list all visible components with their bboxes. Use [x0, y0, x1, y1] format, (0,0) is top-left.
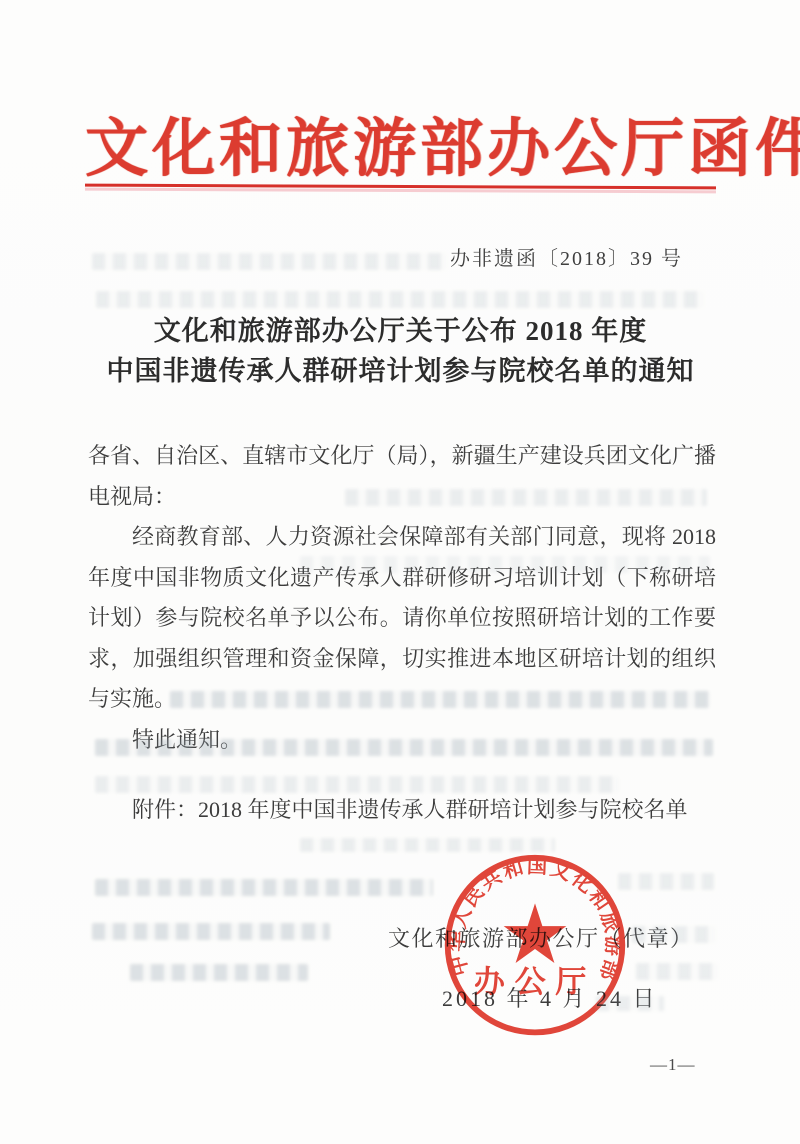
attachment-line: 附件：2018 年度中国非遗传承人群研培计划参与院校名单: [88, 793, 716, 824]
bleed-through-text: [300, 838, 555, 852]
bleed-through-text: [95, 776, 620, 793]
document-number: 办非遗函〔2018〕39 号: [450, 242, 683, 271]
notice-title-line1: 文化和旅游部办公厅关于公布 2018 年度: [154, 316, 648, 346]
bleed-through-text: [345, 489, 707, 506]
page-number: —1—: [650, 1055, 696, 1075]
bleed-through-text: [300, 556, 710, 573]
bleed-through-text: [636, 963, 718, 980]
bleed-through-text: [618, 873, 714, 890]
bleed-through-text: [92, 253, 447, 270]
scanned-letter-page: 文化和旅游部办公厅函件 办非遗函〔2018〕39 号 文化和旅游部办公厅关于公布…: [0, 0, 800, 1144]
bleed-through-text: [130, 964, 308, 981]
bleed-through-text: [596, 996, 664, 1011]
bleed-through-text: [170, 691, 710, 708]
official-seal: 中华人民共和国文化和旅游部 办公厅: [436, 851, 634, 1045]
bleed-through-text: [95, 739, 713, 756]
body-paragraph: 经商教育部、人力资源社会保障部有关部门同意，现将 2018 年度中国非物质文化遗…: [88, 517, 716, 720]
notice-title-line2: 中国非遗传承人群研培计划参与院校名单的通知: [107, 356, 695, 386]
bleed-through-text: [92, 923, 330, 940]
letterhead-title: 文化和旅游部办公厅函件: [85, 98, 716, 189]
bleed-through-text: [96, 291, 704, 308]
seal-center-text: 办公厅: [474, 965, 596, 1000]
notice-title: 文化和旅游部办公厅关于公布 2018 年度中国非遗传承人群研培计划参与院校名单的…: [85, 311, 716, 391]
letter-body: 各省、自治区、直辖市文化厅（局），新疆生产建设兵团文化广播电视局： 经商教育部、…: [88, 436, 716, 760]
bleed-through-text: [632, 926, 716, 943]
seal-star-icon: [504, 903, 567, 963]
bleed-through-text: [95, 879, 433, 896]
